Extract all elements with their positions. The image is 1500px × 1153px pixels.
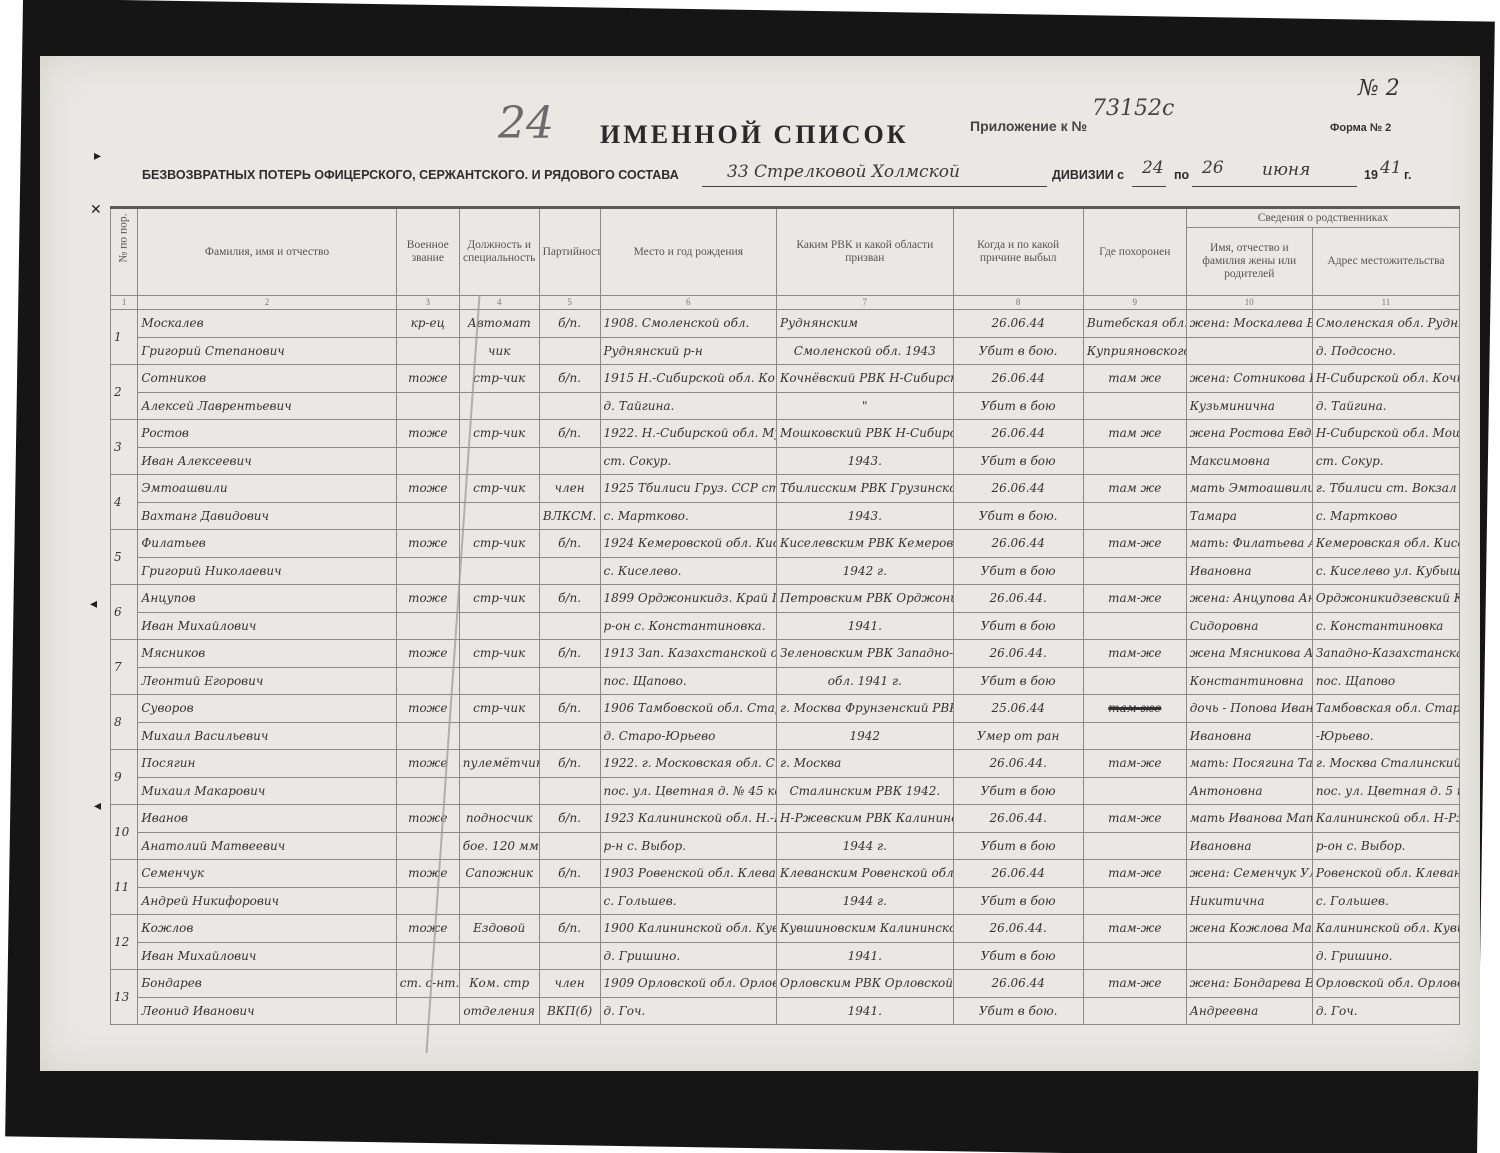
military-rank: тоже [396, 585, 459, 613]
surname: Сотников [138, 365, 396, 393]
relative-name: жена: Сотникова Ирина [1186, 365, 1312, 393]
table-row: Леонид ИвановичотделенияВКП(б)д. Гоч.194… [111, 997, 1460, 1025]
record-number: 8 [111, 695, 138, 750]
party-membership: б/п. [539, 420, 600, 448]
column-number: 5 [539, 296, 600, 310]
table-row: Андрей Никифоровичс. Гольшев.1944 г.Убит… [111, 887, 1460, 915]
relative-address-continued: ст. Сокур. [1312, 447, 1459, 475]
given-name-patronymic: Андрей Никифорович [138, 887, 396, 915]
relative-address-continued: с. Константиновка [1312, 612, 1459, 640]
record-number: 3 [111, 420, 138, 475]
month: июня [1262, 160, 1310, 180]
cause-of-loss: Убит в бою. [953, 337, 1083, 365]
record-number: 6 [111, 585, 138, 640]
losses-table: № по пор. Фамилия, имя и отчество Военно… [110, 206, 1460, 1025]
table-row: 8Суворовтожестр-чикб/п.1906 Тамбовской о… [111, 695, 1460, 723]
position-continued [459, 942, 539, 970]
burial-place-continued [1083, 612, 1186, 640]
party-membership: б/п. [539, 310, 600, 338]
header-relative-name: Имя, отчество и фамилия жены или родител… [1186, 228, 1312, 296]
sheet-number: № 2 [1358, 76, 1400, 101]
date-of-loss: 25.06.44 [953, 695, 1083, 723]
column-number: 9 [1083, 296, 1186, 310]
form-number: Форма № 2 [1330, 122, 1391, 134]
header-name: Фамилия, имя и отчество [138, 208, 396, 296]
date-of-loss: 26.06.44. [953, 915, 1083, 943]
cause-of-loss: Убит в бою [953, 777, 1083, 805]
table-row: 4Эмтоашвилитожестр-чикчлен1925 Тбилиси Г… [111, 475, 1460, 503]
record-number: 2 [111, 365, 138, 420]
burial-place-continued: Куприяновского р-на Коммунарской обл. [1083, 337, 1186, 365]
conscription-year: 1942 [777, 722, 954, 750]
military-rank: тоже [396, 365, 459, 393]
party-membership-continued [539, 557, 600, 585]
birth-place-year: 1925 Тбилиси Груз. ССР ст. Вокзал [600, 475, 777, 503]
relative-address: Н-Сибирской обл. Кочнёвский р-н [1312, 365, 1459, 393]
position-continued [459, 887, 539, 915]
conscription-year: 1942 г. [777, 557, 954, 585]
relative-address-continued: пос. ул. Цветная д. 5 кв. 1. [1312, 777, 1459, 805]
birth-place-year: 1903 Ровенской обл. Клеванский р-н [600, 860, 777, 888]
conscription-office: Зеленовским РВК Западно-Казахстанской [777, 640, 954, 668]
relative-address: г. Москва Сталинский р-н [1312, 750, 1459, 778]
party-membership: б/п. [539, 640, 600, 668]
relative-name: жена: Москалева Елизавета Устиновна [1186, 310, 1312, 338]
table-row: Леонтий Егоровичпос. Щапово.обл. 1941 г.… [111, 667, 1460, 695]
surname: Бондарев [138, 970, 396, 998]
date-of-loss: 26.06.44 [953, 530, 1083, 558]
relative-address: Смоленская обл. Руднянский р-н [1312, 310, 1459, 338]
relative-address-continued: пос. Щапово [1312, 667, 1459, 695]
party-membership: б/п. [539, 860, 600, 888]
relative-address-continued: д. Тайгина. [1312, 392, 1459, 420]
conscription-office: Мошковский РВК Н-Сибирской обл [777, 420, 954, 448]
party-membership-continued [539, 447, 600, 475]
relative-name-continued [1186, 942, 1312, 970]
military-rank: тоже [396, 475, 459, 503]
party-membership-continued [539, 722, 600, 750]
party-membership: член [539, 970, 600, 998]
burial-place-continued [1083, 722, 1186, 750]
birth-place-continued: ст. Сокур. [600, 447, 777, 475]
conscription-office: Петровским РВК Орджоникидз. кр. [777, 585, 954, 613]
burial-place: там же [1083, 420, 1186, 448]
position: Ездовой [459, 915, 539, 943]
given-name-patronymic: Алексей Лаврентьевич [138, 392, 396, 420]
cause-of-loss: Убит в бою. [953, 997, 1083, 1025]
year-prefix: 19 [1364, 168, 1378, 182]
relative-address: Орловской обл. Орловский р-н [1312, 970, 1459, 998]
relative-address: Калининской обл. Н-Ржевский [1312, 805, 1459, 833]
relative-name: мать: Филатьева Анна [1186, 530, 1312, 558]
table-row: 7Мясниковтожестр-чикб/п.1913 Зап. Казахс… [111, 640, 1460, 668]
military-rank: тоже [396, 915, 459, 943]
burial-place-continued [1083, 832, 1186, 860]
conscription-office: г. Москва [777, 750, 954, 778]
conscription-year: Сталинским РВК 1942. [777, 777, 954, 805]
military-rank: тоже [396, 860, 459, 888]
table-row: 6Анцуповтожестр-чикб/п.1899 Орджоникидз.… [111, 585, 1460, 613]
surname: Ростов [138, 420, 396, 448]
relative-name-continued: Кузьминична [1186, 392, 1312, 420]
position-continued [459, 722, 539, 750]
relative-name: жена: Бондарева Екатерина [1186, 970, 1312, 998]
date-of-loss: 26.06.44. [953, 585, 1083, 613]
military-rank: ст. с-нт. [396, 970, 459, 998]
date-of-loss: 26.06.44 [953, 860, 1083, 888]
archive-number: 24 [498, 98, 554, 149]
cause-of-loss: Убит в бою [953, 447, 1083, 475]
column-number: 7 [777, 296, 954, 310]
header-conscription: Каким РВК и какой области призван [777, 208, 954, 296]
year-end: г. [1404, 168, 1411, 182]
conscription-office: Клеванским Ровенской обл. [777, 860, 954, 888]
relative-name: жена Ростова Евдокия [1186, 420, 1312, 448]
conscription-year: 1941. [777, 942, 954, 970]
conscription-office: Киселевским РВК Кемеровской обл. [777, 530, 954, 558]
position: стр-чик [459, 530, 539, 558]
cause-of-loss: Убит в бою [953, 392, 1083, 420]
burial-place-continued [1083, 667, 1186, 695]
conscription-year: обл. 1941 г. [777, 667, 954, 695]
burial-place: там-же [1083, 860, 1186, 888]
burial-place-continued [1083, 557, 1186, 585]
binding-hole-mark: ▸ [94, 148, 101, 165]
binding-hole-mark: ◂ [94, 798, 101, 815]
military-rank: тоже [396, 805, 459, 833]
position: Сапожник [459, 860, 539, 888]
table-row: Алексей Лаврентьевичд. Тайгина."Убит в б… [111, 392, 1460, 420]
burial-place: там же [1083, 475, 1186, 503]
date-to: 26 [1202, 158, 1224, 178]
relative-name: жена: Анцупова Анастасия [1186, 585, 1312, 613]
date-of-loss: 26.06.44 [953, 475, 1083, 503]
record-number: 9 [111, 750, 138, 805]
conscription-office: г. Москва Фрунзенский РВК [777, 695, 954, 723]
year-suffix: 41 [1380, 158, 1402, 178]
party-membership-continued: ВЛКСМ. [539, 502, 600, 530]
relative-name-continued: Антоновна [1186, 777, 1312, 805]
conscription-office: Руднянским [777, 310, 954, 338]
relative-address: Калининской обл. Кувшиновский р-н [1312, 915, 1459, 943]
surname: Эмтоашвили [138, 475, 396, 503]
given-name-patronymic: Леонтий Егорович [138, 667, 396, 695]
position: подносчик [459, 805, 539, 833]
military-rank-continued [396, 337, 459, 365]
table-row: 5Филатьевтожестр-чикб/п.1924 Кемеровской… [111, 530, 1460, 558]
given-name-patronymic: Михаил Макарович [138, 777, 396, 805]
relative-name-continued: Ивановна [1186, 722, 1312, 750]
cause-of-loss: Убит в бою. [953, 502, 1083, 530]
burial-place-continued [1083, 942, 1186, 970]
burial-place-continued [1083, 502, 1186, 530]
position-continued [459, 502, 539, 530]
position-continued: чик [459, 337, 539, 365]
relative-name-continued: Константиновна [1186, 667, 1312, 695]
relative-name-continued: Тамара [1186, 502, 1312, 530]
record-number: 7 [111, 640, 138, 695]
relative-address-continued: -Юрьево. [1312, 722, 1459, 750]
position: Автомат [459, 310, 539, 338]
given-name-patronymic: Леонид Иванович [138, 997, 396, 1025]
table-row: 1Москалевкр-ецАвтоматб/п.1908. Смоленско… [111, 310, 1460, 338]
relative-name: жена Мясникова Агафья [1186, 640, 1312, 668]
binding-hole-mark: ✕ [90, 202, 102, 219]
party-membership: б/п. [539, 805, 600, 833]
relative-name: жена: Семенчук Ульяна [1186, 860, 1312, 888]
burial-place-continued [1083, 997, 1186, 1025]
conscription-office: Н-Ржевским РВК Калининской обл. [777, 805, 954, 833]
party-membership: б/п. [539, 365, 600, 393]
cause-of-loss: Умер от ран [953, 722, 1083, 750]
conscription-year: Смоленской обл. 1943 [777, 337, 954, 365]
burial-place: Витебская обл. д. Новая Тропа [1083, 310, 1186, 338]
given-name-patronymic: Иван Алексеевич [138, 447, 396, 475]
relative-address-continued: р-он с. Выбор. [1312, 832, 1459, 860]
record-number: 1 [111, 310, 138, 365]
date-from: 24 [1142, 158, 1164, 178]
header-num: № по пор. [111, 208, 138, 296]
relative-address-continued: с. Мартково [1312, 502, 1459, 530]
date-of-loss: 26.06.44. [953, 805, 1083, 833]
birth-place-continued: с. Киселево. [600, 557, 777, 585]
relative-address: г. Тбилиси ст. Вокзал [1312, 475, 1459, 503]
birth-place-continued: пос. ул. Цветная д. № 45 кв. 1. [600, 777, 777, 805]
birth-place-continued: д. Старо-Юрьево [600, 722, 777, 750]
cause-of-loss: Убит в бою [953, 832, 1083, 860]
table-row: Михаил Макаровичпос. ул. Цветная д. № 45… [111, 777, 1460, 805]
column-numbers-row: 1 2 3 4 5 6 7 8 9 10 11 [111, 296, 1460, 310]
birth-place-continued: пос. Щапово. [600, 667, 777, 695]
cause-of-loss: Убит в бою [953, 557, 1083, 585]
column-number: 10 [1186, 296, 1312, 310]
birth-place-continued: р-н с. Выбор. [600, 832, 777, 860]
losses-table-body: 1Москалевкр-ецАвтоматб/п.1908. Смоленско… [111, 310, 1460, 1025]
header-when-why: Когда и по какой причине выбыл [953, 208, 1083, 296]
relative-name: мать: Посягина Таисия [1186, 750, 1312, 778]
birth-place-year: 1915 Н.-Сибирской обл. Кочнёвский р-он [600, 365, 777, 393]
party-membership-continued: ВКП(б) [539, 997, 600, 1025]
birth-place-year: 1922. г. Московская обл. Сталинский р-н [600, 750, 777, 778]
birth-place-continued: д. Тайгина. [600, 392, 777, 420]
header-position: Должность и специальность [459, 208, 539, 296]
table-row: 12КожловтожеЕздовойб/п.1900 Калининской … [111, 915, 1460, 943]
column-number: 2 [138, 296, 396, 310]
birth-place-year: 1906 Тамбовской обл. Староюрьевский р-н [600, 695, 777, 723]
relative-name: дочь - Попова Иван [1186, 695, 1312, 723]
document-subtitle: БЕЗВОЗВРАТНЫХ ПОТЕРЬ ОФИЦЕРСКОГО, СЕРЖАН… [142, 164, 1462, 190]
party-membership-continued [539, 942, 600, 970]
military-rank-continued [396, 557, 459, 585]
military-rank: тоже [396, 530, 459, 558]
relative-name: мать Эмтоашвили [1186, 475, 1312, 503]
record-number: 11 [111, 860, 138, 915]
position: стр-чик [459, 475, 539, 503]
header-address: Адрес местожительства [1312, 228, 1459, 296]
party-membership-continued [539, 832, 600, 860]
burial-place: там-же [1083, 970, 1186, 998]
birth-place-year: 1899 Орджоникидз. Край Петровский [600, 585, 777, 613]
table-row: 13Бондаревст. с-нт.Ком. стрчлен1909 Орло… [111, 970, 1460, 998]
unit-name: 33 Стрелковой Холмской [727, 162, 960, 182]
relative-name: мать Иванова Матрена [1186, 805, 1312, 833]
position: стр-чик [459, 640, 539, 668]
military-rank-continued [396, 942, 459, 970]
table-row: Иван Михайловичд. Гришино.1941.Убит в бо… [111, 942, 1460, 970]
position-continued [459, 777, 539, 805]
party-membership: б/п. [539, 530, 600, 558]
party-membership-continued [539, 392, 600, 420]
table-row: 10Ивановтожеподносчикб/п.1923 Калининско… [111, 805, 1460, 833]
birth-place-continued: д. Гришино. [600, 942, 777, 970]
relative-name-continued: Андреевна [1186, 997, 1312, 1025]
relative-address-continued: д. Гоч. [1312, 997, 1459, 1025]
surname: Кожлов [138, 915, 396, 943]
header-birth: Место и год рождения [600, 208, 777, 296]
burial-place: там же [1083, 365, 1186, 393]
given-name-patronymic: Вахтанг Давидович [138, 502, 396, 530]
conscription-year: 1943. [777, 447, 954, 475]
conscription-year: 1941. [777, 612, 954, 640]
position-continued [459, 612, 539, 640]
birth-place-year: 1924 Кемеровской обл. Киселевский р-н [600, 530, 777, 558]
conscription-year: 1944 г. [777, 887, 954, 915]
subtitle-prefix: БЕЗВОЗВРАТНЫХ ПОТЕРЬ ОФИЦЕРСКОГО, СЕРЖАН… [142, 168, 679, 182]
table-row: 11СеменчуктожеСапожникб/п.1903 Ровенской… [111, 860, 1460, 888]
military-rank: тоже [396, 420, 459, 448]
date-of-loss: 26.06.44. [953, 640, 1083, 668]
conscription-office: Орловским РВК Орловской обл. [777, 970, 954, 998]
conscription-year: 1944 г. [777, 832, 954, 860]
birth-place-continued: д. Гоч. [600, 997, 777, 1025]
cause-of-loss: Убит в бою [953, 612, 1083, 640]
military-rank-continued [396, 392, 459, 420]
relative-address: Тамбовская обл. Староюрьевский р-н д. Ст… [1312, 695, 1459, 723]
given-name-patronymic: Иван Михайлович [138, 612, 396, 640]
record-number: 4 [111, 475, 138, 530]
party-membership: б/п. [539, 750, 600, 778]
military-rank-continued [396, 777, 459, 805]
table-row: Иван Михайловичр-он с. Константиновка.19… [111, 612, 1460, 640]
surname: Посягин [138, 750, 396, 778]
surname: Москалев [138, 310, 396, 338]
burial-place: там-же [1083, 530, 1186, 558]
record-number: 12 [111, 915, 138, 970]
relative-address: Н-Сибирской обл. Мошковский р-н [1312, 420, 1459, 448]
party-membership: б/п. [539, 915, 600, 943]
surname: Филатьев [138, 530, 396, 558]
party-membership-continued [539, 777, 600, 805]
position-continued [459, 447, 539, 475]
birth-place-continued: р-он с. Константиновка. [600, 612, 777, 640]
cause-of-loss: Убит в бою [953, 887, 1083, 915]
burial-place: там-же [1083, 915, 1186, 943]
record-number: 5 [111, 530, 138, 585]
appendix-number: 73152с [1092, 96, 1174, 121]
burial-place-continued [1083, 447, 1186, 475]
surname: Анцупов [138, 585, 396, 613]
position-continued: бое. 120 мм. [459, 832, 539, 860]
table-row: 2Сотниковтожестр-чикб/п.1915 Н.-Сибирско… [111, 365, 1460, 393]
relative-name-continued: Максимовна [1186, 447, 1312, 475]
document-page: № 2 24 ИМЕННОЙ СПИСОК Приложение к № 731… [40, 56, 1480, 1071]
column-number: 6 [600, 296, 777, 310]
party-membership-continued [539, 667, 600, 695]
record-number: 10 [111, 805, 138, 860]
table-row: 9Посягинтожепулемётчикб/п.1922. г. Моско… [111, 750, 1460, 778]
document-title: ИМЕННОЙ СПИСОК [600, 120, 909, 150]
relative-name: жена Кожлова Мария Яковлевна [1186, 915, 1312, 943]
given-name-patronymic: Григорий Степанович [138, 337, 396, 365]
burial-place-continued [1083, 392, 1186, 420]
conscription-year: 1943. [777, 502, 954, 530]
relative-address: Ровенской обл. Клеванский р-н [1312, 860, 1459, 888]
relative-address-continued: д. Гришино. [1312, 942, 1459, 970]
burial-place: там же [1083, 695, 1186, 723]
position: Ком. стр [459, 970, 539, 998]
table-row: Григорий СтепановиччикРуднянский р-нСмол… [111, 337, 1460, 365]
surname: Семенчук [138, 860, 396, 888]
table-row: Вахтанг ДавидовичВЛКСМ.с. Мартково.1943.… [111, 502, 1460, 530]
table-row: Анатолий Матвеевичбое. 120 мм.р-н с. Выб… [111, 832, 1460, 860]
conscription-office: Кувшиновским Калининской обл. [777, 915, 954, 943]
appendix-label: Приложение к № [970, 118, 1087, 134]
table-row: 3Ростовтожестр-чикб/п.1922. Н.-Сибирской… [111, 420, 1460, 448]
burial-place-continued [1083, 777, 1186, 805]
position: стр-чик [459, 695, 539, 723]
party-membership: б/п. [539, 585, 600, 613]
military-rank-continued [396, 612, 459, 640]
column-number: 3 [396, 296, 459, 310]
party-membership-continued [539, 612, 600, 640]
surname: Мясников [138, 640, 396, 668]
burial-place: там-же [1083, 585, 1186, 613]
birth-place-continued: с. Мартково. [600, 502, 777, 530]
header-relatives-group: Сведения о родственниках [1186, 208, 1459, 228]
column-number: 8 [953, 296, 1083, 310]
date-of-loss: 26.06.44. [953, 750, 1083, 778]
conscription-office: Кочнёвский РВК Н-Сибирской обл [777, 365, 954, 393]
burial-place: там-же [1083, 805, 1186, 833]
burial-place: там-же [1083, 750, 1186, 778]
conscription-year: " [777, 392, 954, 420]
military-rank-continued [396, 502, 459, 530]
birth-place-year: 1923 Калининской обл. Н.-Ржевский [600, 805, 777, 833]
position-continued [459, 557, 539, 585]
relative-address-continued: с. Гольшев. [1312, 887, 1459, 915]
given-name-patronymic: Михаил Васильевич [138, 722, 396, 750]
to-label: по [1174, 168, 1189, 182]
record-number: 13 [111, 970, 138, 1025]
military-rank: кр-ец [396, 310, 459, 338]
military-rank-continued [396, 832, 459, 860]
military-rank: тоже [396, 640, 459, 668]
date-of-loss: 26.06.44 [953, 365, 1083, 393]
position: стр-чик [459, 585, 539, 613]
given-name-patronymic: Григорий Николаевич [138, 557, 396, 585]
header-party: Партийность [539, 208, 600, 296]
party-membership: член [539, 475, 600, 503]
burial-place: там-же [1083, 640, 1186, 668]
military-rank: тоже [396, 750, 459, 778]
party-membership-continued [539, 887, 600, 915]
given-name-patronymic: Иван Михайлович [138, 942, 396, 970]
table-row: Михаил Васильевичд. Старо-Юрьево1942Умер… [111, 722, 1460, 750]
binding-hole-mark: ◂ [90, 596, 97, 613]
relative-name-continued: Сидоровна [1186, 612, 1312, 640]
relative-address-continued: д. Подсосно. [1312, 337, 1459, 365]
header-buried: Где похоронен [1083, 208, 1186, 296]
